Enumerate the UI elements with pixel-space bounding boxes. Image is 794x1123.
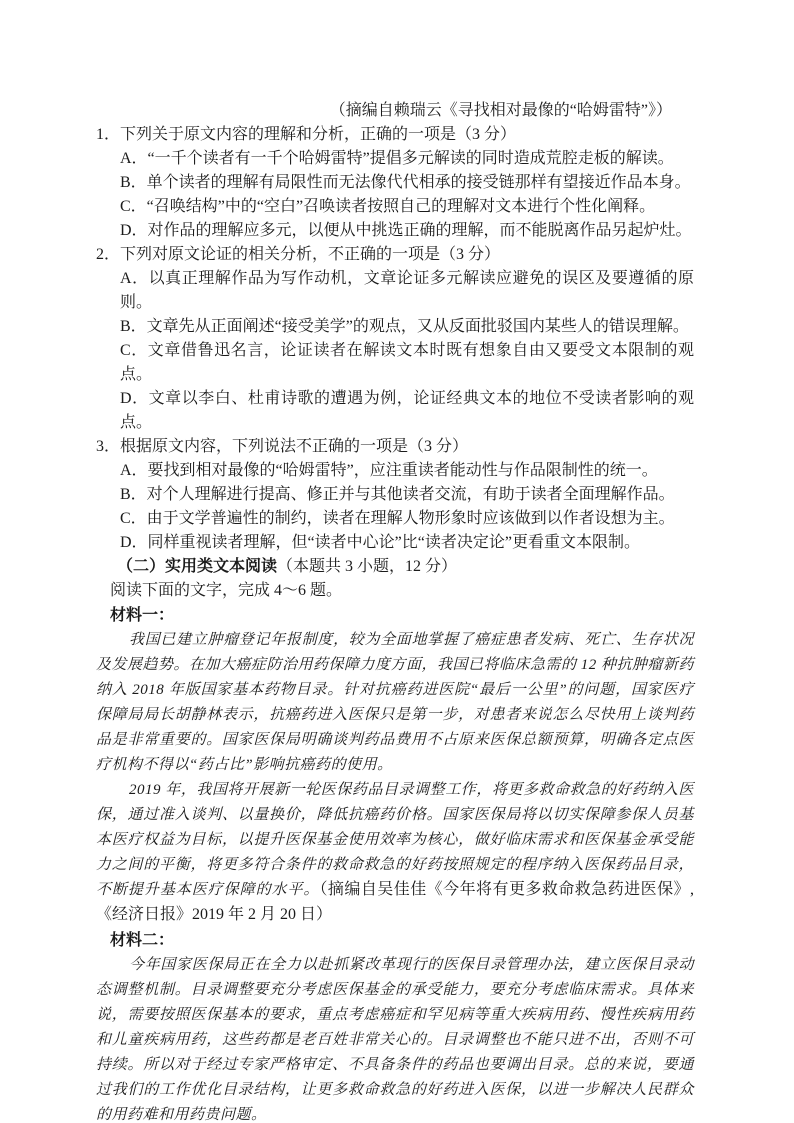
material-2-paragraph-1: 今年国家医保局正在全力以赴抓紧改革现行的医保目录管理办法，建立医保目录动态调整机… [96, 953, 694, 1123]
question-2-option-d: D．文章以李白、杜甫诗歌的遭遇为例，论证经典文本的地位不受读者影响的观点。 [120, 387, 694, 435]
material-1-paragraph-1: 我国已建立肿瘤登记年报制度，较为全面地掌握了癌症患者发病、死亡、生存状况及发展趋… [96, 628, 694, 778]
section-heading: （二）实用类文本阅读（本题共 3 小题，12 分） [117, 555, 694, 579]
question-3-stem: 3．根据原文内容，下列说法不正确的一项是（3 分） [96, 435, 694, 459]
question-3-option-b: B．对个人理解进行提高、修正并与其他读者交流，有助于读者全面理解作品。 [120, 483, 694, 507]
material-1-paragraph-1-text: 我国已建立肿瘤登记年报制度，较为全面地掌握了癌症患者发病、死亡、生存状况及发展趋… [96, 632, 694, 773]
question-1: 1．下列关于原文内容的理解和分析，正确的一项是（3 分） A．“一千个读者有一千… [96, 123, 694, 243]
section-title: （二）实用类文本阅读 [117, 558, 277, 575]
question-3: 3．根据原文内容，下列说法不正确的一项是（3 分） A．要找到相对最像的“哈姆雷… [96, 435, 694, 555]
question-1-option-b: B．单个读者的理解有局限性而无法像代代相承的接受链那样有望接近作品本身。 [120, 171, 694, 195]
material-2-paragraph-1-text: 今年国家医保局正在全力以赴抓紧改革现行的医保目录管理办法，建立医保目录动态调整机… [96, 957, 694, 1123]
question-3-option-c: C．由于文学普遍性的制约，读者在理解人物形象时应该做到以作者设想为主。 [120, 507, 694, 531]
question-3-option-a: A．要找到相对最像的“哈姆雷特”，应注重读者能动性与作品限制性的统一。 [120, 459, 694, 483]
reading-instruction: 阅读下面的文字，完成 4～6 题。 [110, 579, 694, 603]
question-2: 2．下列对原文论证的相关分析，不正确的一项是（3 分） A．以真正理解作品为写作… [96, 243, 694, 435]
question-2-option-a: A．以真正理解作品为写作动机，文章论证多元解读应避免的误区及要遵循的原则。 [120, 267, 694, 315]
material-1-paragraph-2: 2019 年，我国将开展新一轮医保药品目录调整工作，将更多救命救急的好药纳入医保… [96, 778, 694, 928]
question-1-option-d: D．对作品的理解应多元，以便从中挑选正确的理解，而不能脱离作品另起炉灶。 [120, 219, 694, 243]
top-source-citation: （摘编自赖瑞云《寻找相对最像的“哈姆雷特”》） [96, 99, 672, 123]
material-2-label: 材料二： [110, 928, 694, 953]
question-2-stem: 2．下列对原文论证的相关分析，不正确的一项是（3 分） [96, 243, 694, 267]
question-2-option-c: C．文章借鲁迅名言，论证读者在解读文本时既有想象自由又要受文本限制的观点。 [120, 339, 694, 387]
question-3-option-d: D．同样重视读者理解，但“读者中心论”比“读者决定论”更看重文本限制。 [120, 531, 694, 555]
question-1-option-a: A．“一千个读者有一千个哈姆雷特”提倡多元解读的同时造成荒腔走板的解读。 [120, 147, 694, 171]
question-1-option-c: C．“召唤结构”中的“空白”召唤读者按照自己的理解对文本进行个性化阐释。 [120, 195, 694, 219]
question-1-stem: 1．下列关于原文内容的理解和分析，正确的一项是（3 分） [96, 123, 694, 147]
section-title-note: （本题共 3 小题，12 分） [277, 558, 457, 575]
exam-document-page: （摘编自赖瑞云《寻找相对最像的“哈姆雷特”》） 1．下列关于原文内容的理解和分析… [0, 0, 794, 1123]
question-2-option-b: B．文章先从正面阐述“接受美学”的观点，又从反面批驳国内某些人的错误理解。 [120, 315, 694, 339]
material-1-label: 材料一： [110, 603, 694, 628]
